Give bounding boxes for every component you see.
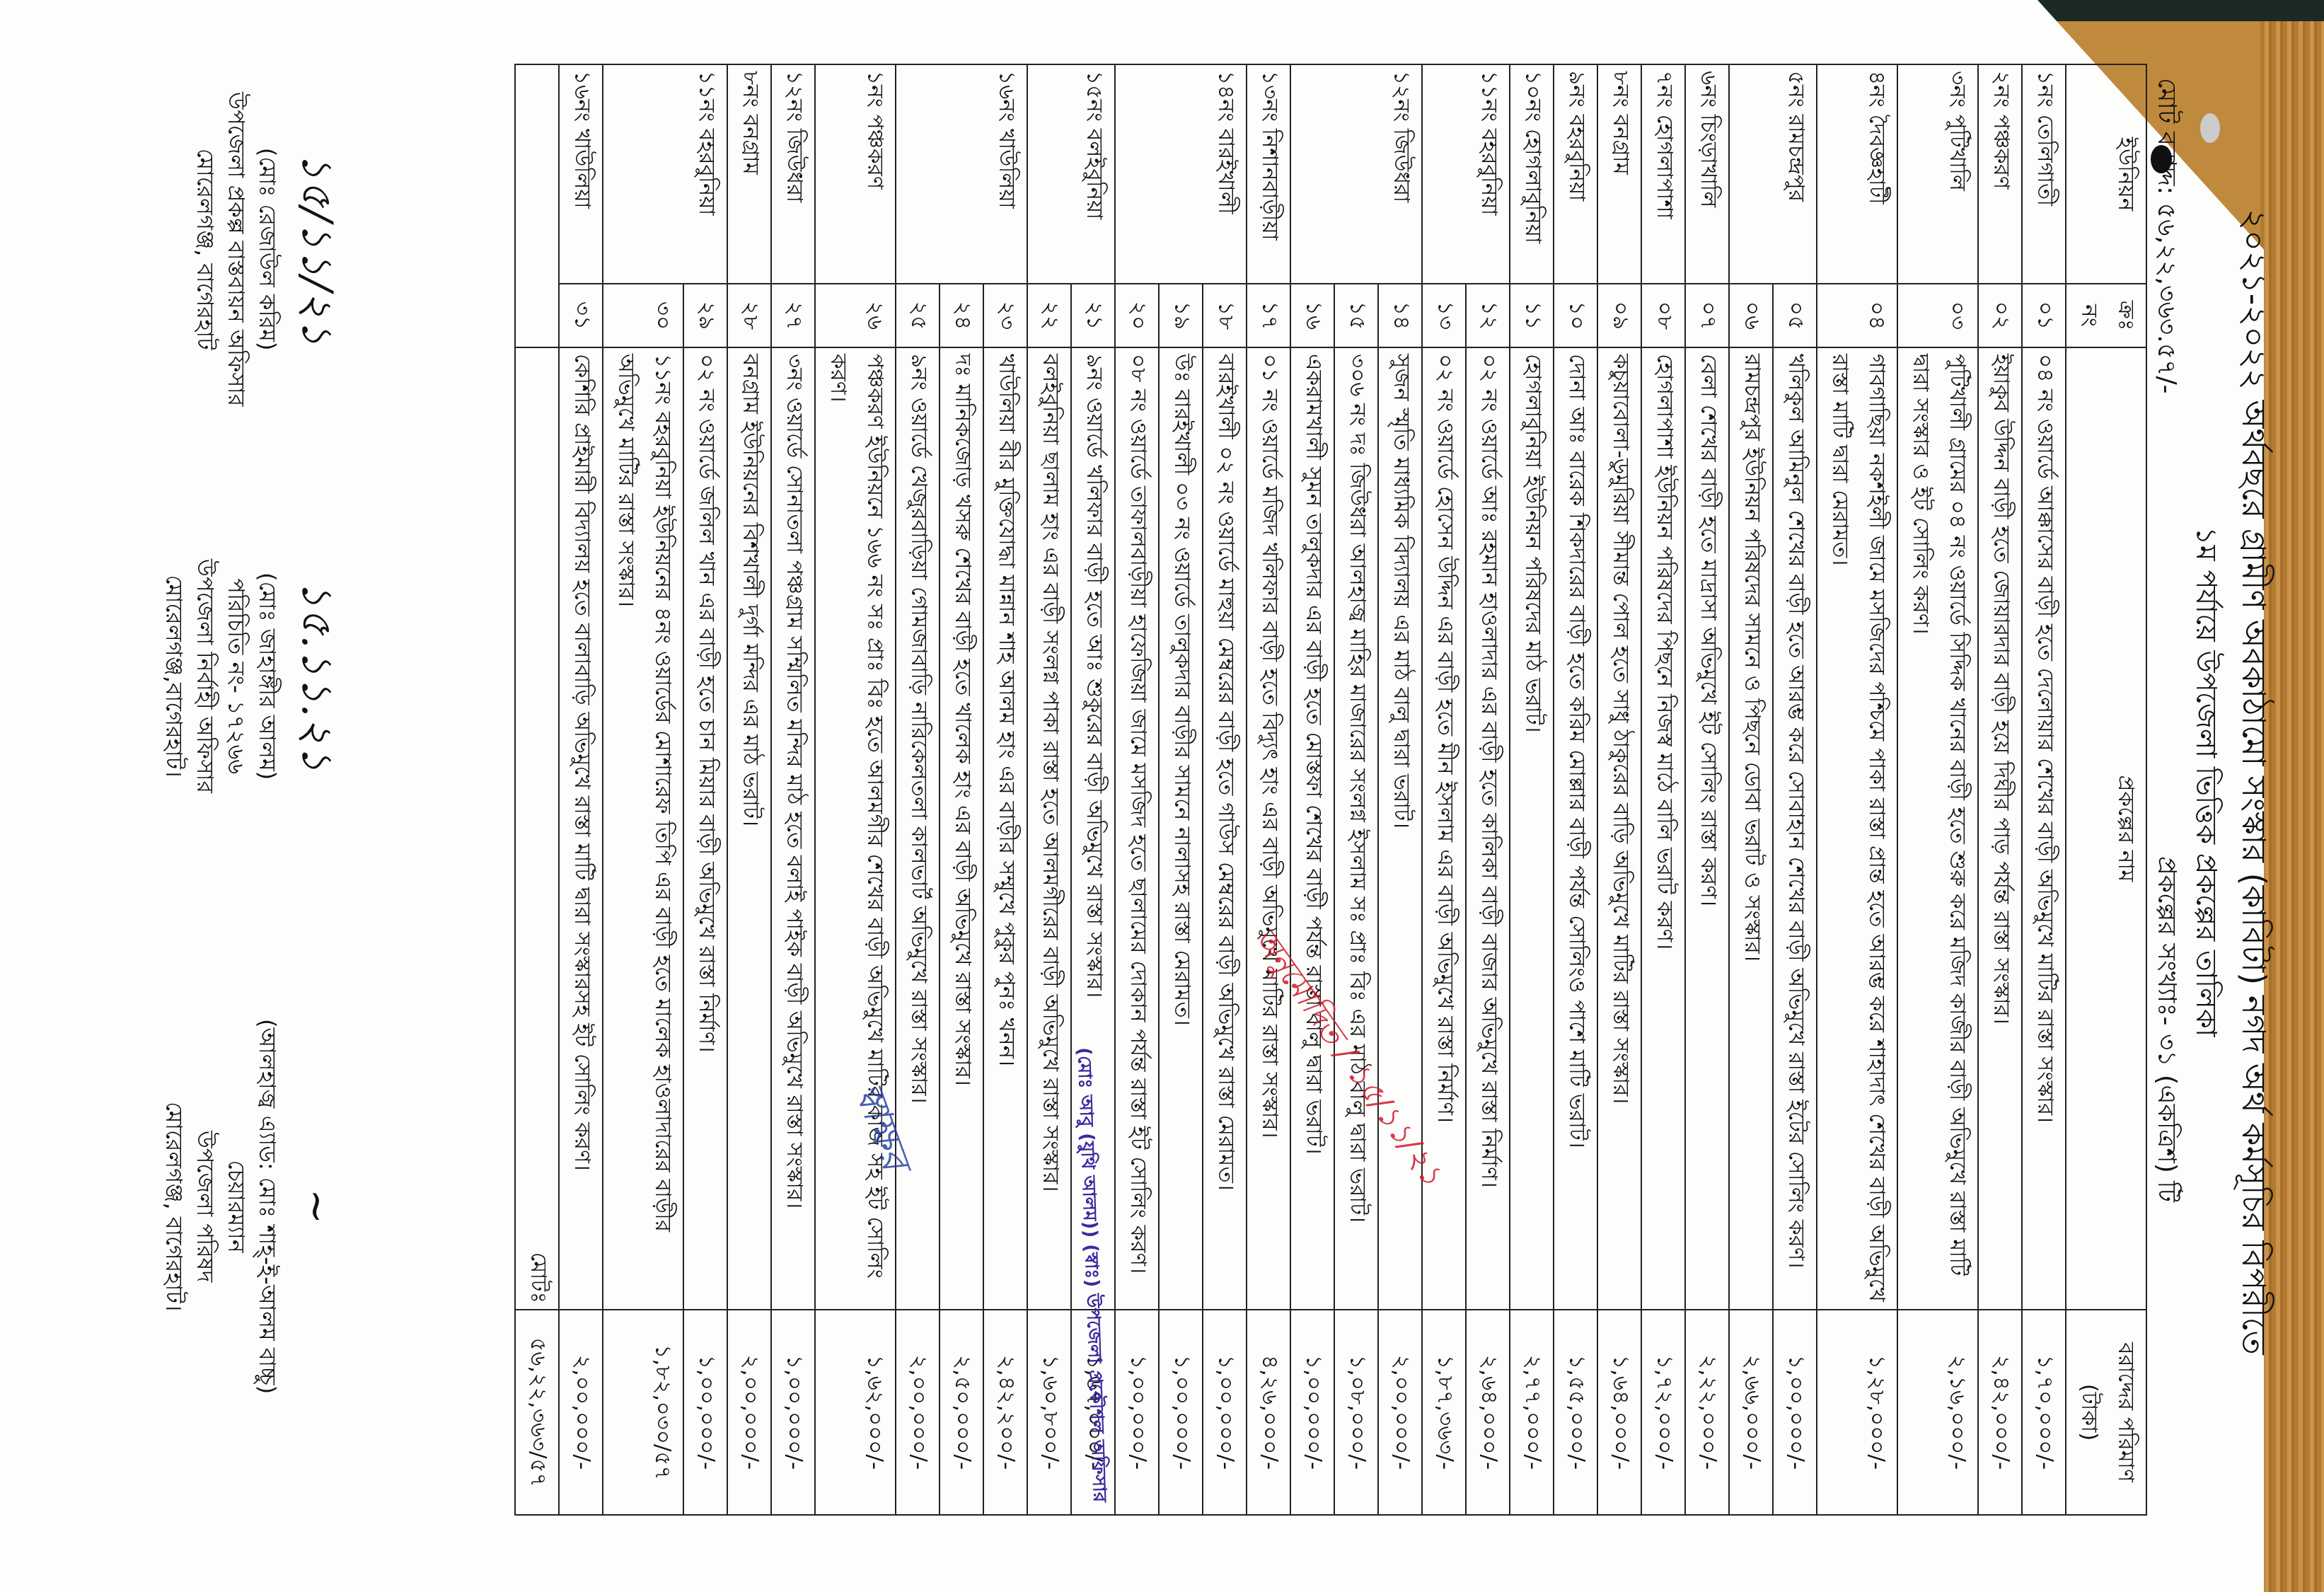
union-cell: ১নং পঞ্চকরণ <box>815 64 896 284</box>
project-name-cell: ০২ নং ওয়ার্ডে জলিল খান এর বাড়ী হতে চান… <box>683 347 727 1310</box>
serial-cell: ২৩ <box>983 284 1027 347</box>
union-cell: ১৪নং বারইখালী <box>1115 64 1247 284</box>
table-row: ৫নং রামচন্দ্রপুর০৫খলিকুল আমিনুল শেখের বা… <box>1773 64 1817 1515</box>
serial-cell: ২১ <box>1071 284 1115 347</box>
serial-cell: ১২ <box>1466 284 1510 347</box>
signatory-office: উপজেলা নির্বাহী অফিসার <box>190 559 221 793</box>
header-union: ইউনিয়ন <box>2066 64 2146 284</box>
amount-cell: ২,১৬,০০০/- <box>1897 1310 1978 1515</box>
signature-date: ১৫.১১.২১ <box>283 559 333 793</box>
project-name-cell: বারইখালী ০২ নং ওয়ার্ডে মাহুয়া মেম্বরের… <box>1203 347 1247 1310</box>
signatory-name: (আলহাজ্ব এ্যাড: মোঃ শাহ্-ই-আলম বাচ্চু) <box>252 1019 283 1394</box>
amount-cell: ২,০০,০০০/- <box>1378 1310 1422 1515</box>
serial-cell: ১৭ <box>1247 284 1290 347</box>
union-cell: ১০নং হোগলাবুনিয়া <box>1510 64 1554 284</box>
table-row: ১৬নং খাউলিয়া২৩খাউলিয়া বীর মুক্তিযোদ্ধা… <box>983 64 1027 1515</box>
amount-cell: ২,২২,০০০/- <box>1685 1310 1729 1515</box>
serial-cell: ২৪ <box>940 284 983 347</box>
project-name-cell: ৩০৬ নং দঃ জিউধরা আলহাজ্ব মাহির মাজারের স… <box>1334 347 1378 1310</box>
serial-cell: ২৫ <box>896 284 940 347</box>
serial-cell: ২৯ <box>683 284 727 347</box>
project-name-cell: খাউলিয়া বীর মুক্তিযোদ্ধা মান্নান শাহ আল… <box>983 347 1027 1310</box>
signatory-location: মোরেলগঞ্জ, বাগেরহাট <box>190 92 221 406</box>
serial-cell: ০৩ <box>1897 284 1978 347</box>
project-name-cell: ০৮ নং ওয়ার্ডে তাফালবাড়ীয়া হাফেজিয়া জ… <box>1115 347 1159 1310</box>
amount-cell: ২,০০,০০০/- <box>727 1310 771 1515</box>
total-label: মোটঃ <box>515 347 559 1310</box>
signature-chairman: ~ (আলহাজ্ব এ্যাড: মোঃ শাহ্-ই-আলম বাচ্চু)… <box>158 1019 333 1394</box>
amount-cell: ১,০০,০০০/- <box>1159 1310 1203 1515</box>
serial-cell: ০৪ <box>1817 284 1897 347</box>
union-cell: ৫নং রামচন্দ্রপুর <box>1729 64 1817 284</box>
table-row: ১৬নং খাউলিয়া৩১কেশিরি প্রাইমারী বিদ্যালয… <box>559 64 603 1515</box>
union-cell: ৬নং চিংড়াখালি <box>1685 64 1729 284</box>
union-cell: ২নং পঞ্চকরণ <box>1978 64 2022 284</box>
amount-cell: ১,০০,০০০/- <box>1773 1310 1817 1515</box>
table-row: ১নং পঞ্চকরণ২৬পঞ্চকরণ ইউনিয়নে ১৬৬ নং সঃ … <box>815 64 896 1515</box>
table-row: ১১নং বহরবুনিয়া১২০২ নং ওয়ার্ডে আঃ রহমান… <box>1466 64 1510 1515</box>
union-cell: ১নং তেলিগাতী <box>2022 64 2066 284</box>
amount-cell: ২,৬৬,০০০/- <box>1729 1310 1773 1515</box>
amount-cell: ২,৪২,০০০/- <box>1978 1310 2022 1515</box>
union-cell: ৯নং বহরবুনিয়া <box>1554 64 1597 284</box>
header-project-name: প্রকল্পের নাম <box>2066 347 2146 1310</box>
project-name-cell: বেলা শেখের বাড়ী হতে মাদ্রাসা অভিমুখে ইট… <box>1685 347 1729 1310</box>
project-name-cell: হোগলাবুনিয়া ইউনিয়ন পরিষদের মাঠ ভরাট। <box>1510 347 1554 1310</box>
amount-cell: ১,৮২,০৩০/৫৭ <box>603 1310 683 1515</box>
signature-block: ~ (আলহাজ্ব এ্যাড: মোঃ শাহ্-ই-আলম বাচ্চু)… <box>64 64 333 1514</box>
union-cell: ১২নং জিউধরা <box>771 64 815 284</box>
union-cell: ৩নং পুটিখালি <box>1897 64 1978 284</box>
union-cell: ১১নং বহরবুনিয়া <box>1422 64 1510 284</box>
serial-cell: ২২ <box>1027 284 1071 347</box>
signatory-title: চেয়ারম্যান <box>221 1019 252 1394</box>
table-row: ৭নং হোগলাপাশা০৮হোগলাপাশা ইউনিয়ন পরিষদের… <box>1641 64 1685 1515</box>
project-name-cell: ইয়াকুব উদ্দিন বাড়ী হতে জোয়ারদার বাড়ী… <box>1978 347 2022 1310</box>
table-row: ১২নং জিউধরা১৪সুজন স্মৃতি মাধ্যমিক বিদ্যা… <box>1378 64 1422 1515</box>
table-row: ৯নং বহরবুনিয়া১০দোনা আঃ বারেক শিকদারের ব… <box>1554 64 1597 1515</box>
project-name-cell: বলইবুনিয়া ছালাম হাং এর বাড়ী সংলগ্ন পাক… <box>1027 347 1071 1310</box>
serial-cell: ০২ <box>1978 284 2022 347</box>
header-serial: ক্রঃ নং <box>2066 284 2146 347</box>
signature-uno: ১৫.১১.২১ (মোঃ জাহাঙ্গীর আলম) পরিচিতি নং-… <box>158 559 333 793</box>
total-spacer <box>515 64 559 347</box>
union-cell: ১৬নং খাউলিয়া <box>896 64 1027 284</box>
project-name-cell: ০১ নং ওয়ার্ডে মজিদ খলিফার বাড়ী হতে বিদ… <box>1247 347 1290 1310</box>
table-row: ১০নং হোগলাবুনিয়া১১হোগলাবুনিয়া ইউনিয়ন … <box>1510 64 1554 1515</box>
union-cell: ৭নং হোগলাপাশা <box>1641 64 1685 284</box>
serial-cell: ২৮ <box>727 284 771 347</box>
signatory-id: পরিচিতি নং- ১৭২৬৬ <box>221 559 252 793</box>
serial-cell: ২০ <box>1115 284 1159 347</box>
serial-cell: ১৫ <box>1334 284 1378 347</box>
serial-cell: ১৮ <box>1203 284 1247 347</box>
amount-cell: ১,৬৪,০০০/- <box>1597 1310 1641 1515</box>
document-subtitle: ১ম পর্যায়ে উপজেলা ভিত্তিক প্রকল্পের তাল… <box>2181 21 2228 1542</box>
project-name-cell: কেশিরি প্রাইমারী বিদ্যালয় হতে বালাবাড়ি… <box>559 347 603 1310</box>
table-row: ৪নং দৈবজ্ঞহাটী০৪গাবগাছিয়া নকশইলী জামে ম… <box>1817 64 1897 1515</box>
amount-cell: ১,০০,০০০/- <box>683 1310 727 1515</box>
serial-cell: ৩০ <box>603 284 683 347</box>
amount-cell: ২,৫০,০০০/- <box>940 1310 983 1515</box>
rotated-document: ২০২১-২০২২ অর্থবছরে গ্রামীণ অবকাঠামো সংস্… <box>42 21 2292 1542</box>
table-row: ৬নং চিংড়াখালি০৭বেলা শেখের বাড়ী হতে মাদ… <box>1685 64 1729 1515</box>
table-row: ৩নং পুটিখালি০৩পুটিখালী গ্রামের ০৪ নং ওয়… <box>1897 64 1978 1515</box>
project-count: প্রকল্পের সংখ্যাঃ- ৩১ (একত্রিশ) টি <box>2144 856 2186 1202</box>
amount-cell: ২,০০,০০০/- <box>559 1310 603 1515</box>
project-name-cell: রামচন্দ্রপুর ইউনিয়ন পরিষদের সামনে ও পিছ… <box>1729 347 1773 1310</box>
serial-cell: ২৬ <box>815 284 896 347</box>
amount-cell: ১,৬২,০০০/- <box>815 1310 896 1515</box>
amount-cell: ১,০০,০০০/- <box>1115 1310 1159 1515</box>
serial-cell: ০৯ <box>1597 284 1641 347</box>
total-amount: ৫৬,২২,৩৬৩/৫৭ <box>515 1310 559 1515</box>
amount-cell: ২,০০,০০০/- <box>896 1310 940 1515</box>
table-row: ১নং তেলিগাতী০১০৪ নং ওয়ার্ডে আক্কাসের বা… <box>2022 64 2066 1515</box>
union-cell: ৮নং বনগ্রাম <box>727 64 771 284</box>
serial-cell: ০৭ <box>1685 284 1729 347</box>
table-row: ২নং পঞ্চকরণ০২ইয়াকুব উদ্দিন বাড়ী হতে জো… <box>1978 64 2022 1515</box>
serial-cell: ১১ <box>1510 284 1554 347</box>
amount-cell: ১,৫৫,০০০/- <box>1554 1310 1597 1515</box>
amount-cell: ১,৭০,০০০/- <box>2022 1310 2066 1515</box>
project-name-cell: ০৪ নং ওয়ার্ডে আক্কাসের বাড়ী হতে দেলোয়… <box>2022 347 2066 1310</box>
project-name-cell: বনগ্রাম ইউনিয়নের বিশখালী দুর্গা মন্দির … <box>727 347 771 1310</box>
amount-cell: ৪,২৬,০০০/- <box>1247 1310 1290 1515</box>
amount-cell: ১,৮৭,৩৬৩/- <box>1422 1310 1466 1515</box>
amount-cell: ১,০০,০০০/- <box>771 1310 815 1515</box>
signatory-name: (মোঃ জাহাঙ্গীর আলম) <box>252 559 283 793</box>
total-allocation: মোট বরাদ্দ: ৫৬,২২,৩৬৩.৫৭/- <box>2144 78 2186 394</box>
serial-cell: ১০ <box>1554 284 1597 347</box>
total-row: মোটঃ৫৬,২২,৩৬৩/৫৭ <box>515 64 559 1515</box>
header-amount: বরাদ্দের পরিমাণ (টাকা) <box>2066 1310 2146 1515</box>
union-cell: ১২নং জিউধরা <box>1290 64 1422 284</box>
document-title: ২০২১-২০২২ অর্থবছরে গ্রামীণ অবকাঠামো সংস্… <box>2224 21 2278 1542</box>
project-name-cell: উঃ বারইখালী ০৩ নং ওয়ার্ডে তালুকদার বাড়… <box>1159 347 1203 1310</box>
serial-cell: ২৭ <box>771 284 815 347</box>
amount-cell: ২,৭৭,০০০/- <box>1510 1310 1554 1515</box>
serial-cell: ১৯ <box>1159 284 1203 347</box>
project-name-cell: গাবগাছিয়া নকশইলী জামে মসজিদের পশ্চিমে প… <box>1817 347 1897 1310</box>
signatory-location: মোরেলগঞ্জ,বাগেরহাট। <box>158 559 190 793</box>
signature-date: ১৫/১১/২১ <box>283 92 333 406</box>
table-row: ১১নং বহরবুনিয়া২৯০২ নং ওয়ার্ডে জলিল খান… <box>683 64 727 1515</box>
table-row: ১২নং জিউধরা২৭৩নং ওয়ার্ডে সোনাতলা পঞ্চগ্… <box>771 64 815 1515</box>
table-row: ৮নং বনগ্রাম০৯কচুয়াবোলা-ডুমুরিয়া সীমান্… <box>1597 64 1641 1515</box>
project-name-cell: দঃ মানিকজোড় খসরু শেখের বাড়ী হতে খালেক … <box>940 347 983 1310</box>
table-header-row: ইউনিয়ন ক্রঃ নং প্রকল্পের নাম বরাদ্দের প… <box>2066 64 2146 1515</box>
signatory-location: মোরেলগঞ্জ, বাগেরহাট। <box>158 1019 190 1394</box>
project-name-cell: হোগলাপাশা ইউনিয়ন পরিষদের পিছনে নিজস্ব ম… <box>1641 347 1685 1310</box>
serial-cell: ০৫ <box>1773 284 1817 347</box>
project-name-cell: ০২ নং ওয়ার্ডে আঃ রহমান হাওলাদার এর বাড়… <box>1466 347 1510 1310</box>
signatory-office: উপজেলা পরিষদ <box>190 1019 221 1394</box>
amount-cell: ১,৬০,৮০০/- <box>1027 1310 1071 1515</box>
signature-scrawl: ~ <box>283 1019 333 1394</box>
project-name-cell: একরামখালী সুমন তালুকদার এর বাড়ী হতে মোস… <box>1290 347 1334 1310</box>
signatory-title: উপজেলা প্রকল্প বাস্তবায়ন অফিসার <box>221 92 252 406</box>
amount-cell: ১,০০,০০০/- <box>1290 1310 1334 1515</box>
amount-cell: ১,৭২,০০০/- <box>1641 1310 1685 1515</box>
signature-pio: ১৫/১১/২১ (মোঃ রেজাউল করিম) উপজেলা প্রকল্… <box>190 92 333 406</box>
serial-cell: ০১ <box>2022 284 2066 347</box>
union-cell: ১৫নং বলইবুনিয়া <box>1027 64 1115 284</box>
amount-cell: ২,৬৪,০০০/- <box>1466 1310 1510 1515</box>
project-name-cell: ১১নং বহরবুনিয়া ইউনিয়নের ৪নং ওয়ার্ডের … <box>603 347 683 1310</box>
project-name-cell: খলিকুল আমিনুল শেখের বাড়ী হতে আরম্ভ করে … <box>1773 347 1817 1310</box>
union-cell: ৮নং বনগ্রাম <box>1597 64 1641 284</box>
table-body: ১নং তেলিগাতী০১০৪ নং ওয়ার্ডে আক্কাসের বা… <box>515 64 2066 1515</box>
table-row: ১৪নং বারইখালী১৮বারইখালী ০২ নং ওয়ার্ডে ম… <box>1203 64 1247 1515</box>
serial-cell: ১৩ <box>1422 284 1466 347</box>
serial-cell: ০৬ <box>1729 284 1773 347</box>
union-cell: ১১নং বহরবুনিয়া <box>603 64 727 284</box>
union-cell: ৪নং দৈবজ্ঞহাটী <box>1817 64 1897 284</box>
serial-cell: ৩১ <box>559 284 603 347</box>
signatory-name: (মোঃ রেজাউল করিম) <box>252 92 283 406</box>
project-table: ইউনিয়ন ক্রঃ নং প্রকল্পের নাম বরাদ্দের প… <box>514 64 2147 1516</box>
project-name-cell: দোনা আঃ বারেক শিকদারের বাড়ী হতে করিম মো… <box>1554 347 1597 1310</box>
amount-cell: ২,৪২,২০০/- <box>983 1310 1027 1515</box>
table-row: ১৩নং নিশানবাড়ীয়া১৭০১ নং ওয়ার্ডে মজিদ … <box>1247 64 1290 1515</box>
serial-cell: ০৮ <box>1641 284 1685 347</box>
union-cell: ১৩নং নিশানবাড়ীয়া <box>1247 64 1290 284</box>
project-name-cell: পুটিখালী গ্রামের ০৪ নং ওয়ার্ডে সিদ্দিক … <box>1897 347 1978 1310</box>
serial-cell: ১৬ <box>1290 284 1334 347</box>
amount-cell: ১,০৮,০০০/- <box>1334 1310 1378 1515</box>
amount-cell: ১,০০,০০০/- <box>1203 1310 1247 1515</box>
amount-cell: ১,২৮,০০০/- <box>1817 1310 1897 1515</box>
table-row: ৮নং বনগ্রাম২৮বনগ্রাম ইউনিয়নের বিশখালী দ… <box>727 64 771 1515</box>
project-name-cell: কচুয়াবোলা-ডুমুরিয়া সীমান্ত পোল হতে সাধ… <box>1597 347 1641 1310</box>
serial-cell: ১৪ <box>1378 284 1422 347</box>
union-cell: ১৬নং খাউলিয়া <box>559 64 603 284</box>
project-name-cell: ৩নং ওয়ার্ডে সোনাতলা পঞ্চগ্রাম সম্মিলিত … <box>771 347 815 1310</box>
